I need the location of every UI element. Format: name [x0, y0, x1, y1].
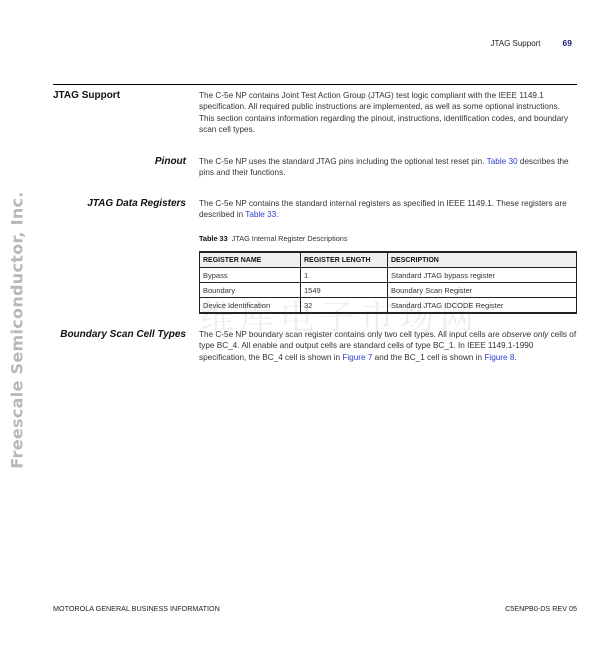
table-header-row: REGISTER NAME REGISTER LENGTH DESCRIPTIO…: [200, 252, 577, 268]
header-section-title: JTAG Support: [490, 39, 540, 48]
section-body: The C-5e NP contains Joint Test Action G…: [199, 90, 577, 136]
table-cell: 32: [301, 298, 388, 314]
figure-7-link[interactable]: Figure 7: [342, 353, 372, 362]
footer-classification: MOTOROLA GENERAL BUSINESS INFORMATION: [53, 604, 220, 613]
footer-doc-id: C5ENPB0-DS REV 05: [505, 604, 577, 613]
column-header: REGISTER LENGTH: [301, 252, 388, 268]
section-heading: JTAG Support: [53, 90, 120, 101]
page-number: 69: [563, 38, 572, 48]
section-body: The C-5e NP boundary scan register conta…: [199, 329, 577, 363]
section-body: The C-5e NP contains the standard intern…: [199, 198, 577, 221]
table-cell: Standard JTAG IDCODE Register: [388, 298, 577, 314]
table-cell: Device Identification: [200, 298, 301, 314]
side-label: Freescale Semiconductor, Inc.: [5, 176, 29, 484]
section-heading: Pinout: [53, 156, 186, 167]
table-cell: Boundary: [200, 283, 301, 298]
column-header: DESCRIPTION: [388, 252, 577, 268]
section-body: The C-5e NP uses the standard JTAG pins …: [199, 156, 577, 179]
running-header: JTAG Support 69: [490, 38, 572, 48]
column-header: REGISTER NAME: [200, 252, 301, 268]
table-row: Device Identification 32 Standard JTAG I…: [200, 298, 577, 314]
header-rule: [53, 84, 577, 85]
table-caption-number: Table 33: [199, 234, 228, 243]
table-33-link[interactable]: Table 33: [245, 210, 276, 219]
table-caption-title: JTAG Internal Register Descriptions: [232, 234, 348, 243]
table-cell: 1: [301, 268, 388, 283]
table-cell: 1549: [301, 283, 388, 298]
section-heading: JTAG Data Registers: [53, 198, 186, 209]
table-cell: Bypass: [200, 268, 301, 283]
table-row: Boundary 1549 Boundary Scan Register: [200, 283, 577, 298]
table-30-link[interactable]: Table 30: [487, 157, 518, 166]
table-row: Bypass 1 Standard JTAG bypass register: [200, 268, 577, 283]
register-table: REGISTER NAME REGISTER LENGTH DESCRIPTIO…: [199, 251, 577, 314]
table-caption: Table 33JTAG Internal Register Descripti…: [199, 234, 348, 243]
table-cell: Standard JTAG bypass register: [388, 268, 577, 283]
section-heading: Boundary Scan Cell Types: [53, 329, 186, 340]
figure-8-link[interactable]: Figure 8: [484, 353, 514, 362]
side-label-text: Freescale Semiconductor, Inc.: [8, 191, 27, 468]
table-cell: Boundary Scan Register: [388, 283, 577, 298]
